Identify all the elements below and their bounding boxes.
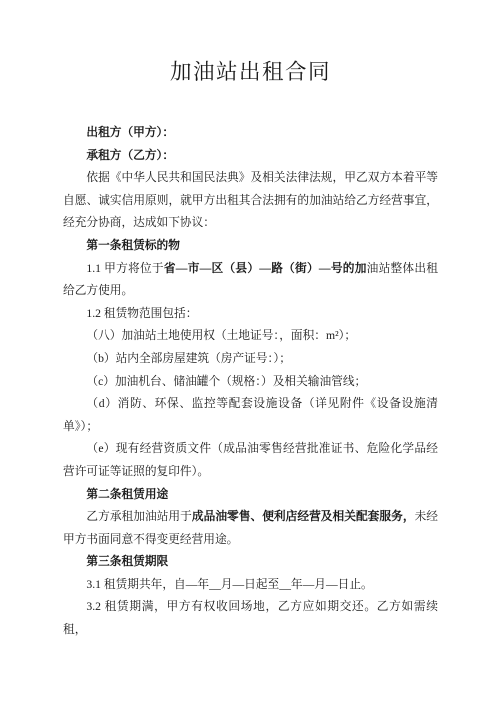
preamble-paragraph: 依据《中华人民共和国民法典》及相关法律法规，甲乙双方本着平等自愿、诚实信用原则，… xyxy=(63,167,438,235)
contract-content: 加油站出租合同 出租方（甲方）： 承租方（乙方）： 依据《中华人民共和国民法典》… xyxy=(0,0,500,642)
clause3-2-paragraph: 3.2 租赁期满，甲方有权收回场地，乙方应如期交还。乙方如需续租， xyxy=(63,596,438,641)
clause2-paragraph: 乙方承租加油站用于成品油零售、便利店经营及相关配套服务，未经甲方书面同意不得变更… xyxy=(63,506,438,551)
party-a-line: 出租方（甲方）： xyxy=(63,122,438,145)
preamble-text: 依据《中华人民共和国民法典》及相关法律法规，甲乙双方本着平等自愿、诚实信用原则，… xyxy=(63,171,438,229)
scope-item-d-text: （d）消防、环保、监控等配套设施设备（详见附件《设备设施清单》）； xyxy=(63,397,438,433)
clause3-2-text: 3.2 租赁期满，甲方有权收回场地，乙方应如期交还。乙方如需续租， xyxy=(63,600,438,636)
scope-item-a: （八）加油站土地使用权（土地证号：，面积：m²）； xyxy=(63,325,438,348)
scope-item-c-text: （c）加油机台、储油罐个（规格：）及相关输油管线； xyxy=(86,375,366,388)
clause3-heading: 第三条租赁期限 xyxy=(63,551,438,574)
scope-item-d: （d）消防、环保、监控等配套设施设备（详见附件《设备设施清单》）； xyxy=(63,393,438,438)
scope-item-b: （b）站内全部房屋建筑（房产证号：）； xyxy=(63,348,438,371)
clause1-1-lead: 1.1 甲方将位于 xyxy=(86,262,163,275)
clause1-heading-text: 第一条租赁标的物 xyxy=(86,239,180,252)
contract-page: 加油站出租合同 出租方（甲方）： 承租方（乙方）： 依据《中华人民共和国民法典》… xyxy=(0,0,500,707)
scope-item-e-text: （e）现有经营资质文件（成品油零售经营批准证书、危险化学品经营许可证等证照的复印… xyxy=(63,442,438,478)
clause3-1-text: 3.1 租赁期共年，自—年__月—日起至__年—月—日止。 xyxy=(86,578,372,591)
scope-item-b-text: （b）站内全部房屋建筑（房产证号：）； xyxy=(86,352,291,365)
clause3-1-paragraph: 3.1 租赁期共年，自—年__月—日起至__年—月—日止。 xyxy=(63,574,438,597)
clause2-lead: 乙方承租加油站用于 xyxy=(86,510,191,523)
party-a-label: 出租方（甲方）： xyxy=(86,126,174,139)
clause1-2-text: 1.2 租赁物范围包括： xyxy=(86,307,197,320)
party-b-label: 承租方（乙方）： xyxy=(86,149,174,162)
scope-item-e: （e）现有经营资质文件（成品油零售经营批准证书、危险化学品经营许可证等证照的复印… xyxy=(63,438,438,483)
clause1-2-paragraph: 1.2 租赁物范围包括： xyxy=(63,303,438,326)
clause2-heading-text: 第二条租赁用途 xyxy=(86,488,168,501)
clause1-1-location-blank: 省—市—区（县）—路（街）—号的加 xyxy=(164,262,367,275)
clause1-heading: 第一条租赁标的物 xyxy=(63,235,438,258)
clause2-heading: 第二条租赁用途 xyxy=(63,484,438,507)
party-b-line: 承租方（乙方）： xyxy=(63,145,438,168)
scope-item-c: （c）加油机台、储油罐个（规格：）及相关输油管线； xyxy=(63,371,438,394)
clause1-1-paragraph: 1.1 甲方将位于省—市—区（县）—路（街）—号的加油站整体出租给乙方使用。 xyxy=(63,258,438,303)
clause3-heading-text: 第三条租赁期限 xyxy=(86,555,168,568)
scope-item-a-text: （八）加油站土地使用权（土地证号：，面积：m²）； xyxy=(86,329,356,342)
document-title: 加油站出租合同 xyxy=(63,60,438,85)
clause2-usage-bold: 成品油零售、便利店经营及相关配套服务， xyxy=(192,510,415,523)
